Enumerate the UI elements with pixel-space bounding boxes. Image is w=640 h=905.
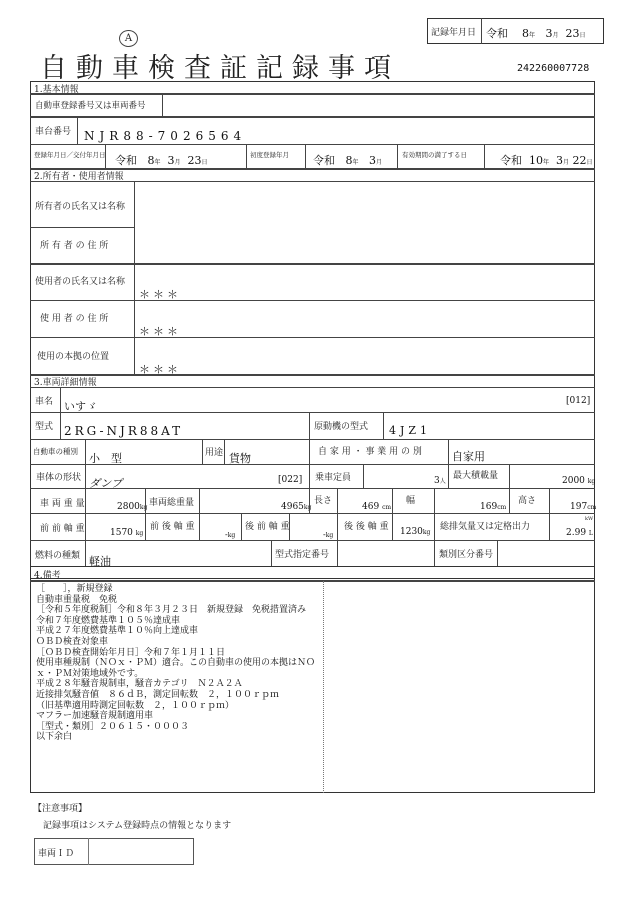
category-label: 類別区分番号 [439, 547, 493, 560]
reg-date-value: 令和 8年 3月 23日 [115, 152, 208, 168]
remarks-line: （旧基準適用時測定回転数 ２，１００ｒｐｍ） [36, 701, 315, 712]
remarks-line: 以下余白 [36, 732, 315, 743]
model-label: 型式 [35, 419, 53, 432]
fuel-label: 燃料の種類 [35, 548, 80, 561]
private-business-value: 自家用 [452, 448, 485, 464]
height-value: 197cm [570, 502, 596, 512]
weight-value: 2800kg [117, 502, 147, 512]
reg-date-label: 登録年月日／交付年月日 [34, 150, 106, 159]
max-load-label: 最大積載量 [453, 468, 498, 481]
max-load-value: 2000 kg [562, 476, 595, 486]
stamp-a: A [119, 30, 138, 47]
rr-axle-label: 後 後 軸 重 [344, 519, 389, 532]
record-date-value: 令和 8年 3月 23日 [486, 25, 586, 41]
gross-weight-label: 車両総重量 [149, 495, 194, 508]
notes-heading: 【注意事項】 [33, 801, 87, 814]
notes-text: 記録事項はシステム登録時点の情報となります [43, 818, 231, 831]
ff-axle-value: 1570 kg [110, 528, 143, 538]
displacement-label: 総排気量又は定格出力 [440, 519, 530, 532]
length-label: 長さ [314, 493, 332, 506]
private-business-label: 自 家 用 ・ 事 業 用 の 別 [318, 444, 422, 457]
fr-axle-label: 前 後 軸 重 [150, 519, 195, 532]
width-label: 幅 [406, 493, 415, 506]
car-name-label: 車名 [35, 394, 53, 407]
user-name-label: 使用者の氏名又は名称 [35, 274, 125, 287]
page-title: 自動車検査証記録事項 [40, 46, 400, 85]
vehicle-class-label: 自動車の種別 [33, 446, 78, 457]
base-location-label: 使用の本拠の位置 [37, 349, 109, 362]
owner-address-label: 所 有 者 の 住 所 [40, 238, 108, 251]
height-label: 高さ [518, 493, 536, 506]
engine-model-value: 4JZ1 [389, 424, 431, 437]
body-shape-label: 車体の形状 [36, 470, 81, 483]
fuel-value: 軽油 [89, 553, 111, 569]
weight-label: 車 両 重 量 [40, 496, 85, 509]
vehicle-id-label: 車両ＩＤ [38, 846, 74, 859]
ff-axle-label: 前 前 軸 重 [40, 521, 85, 534]
remarks-line: ［ ］，新規登録 [36, 584, 315, 595]
width-value: 169cm [480, 502, 506, 512]
first-reg-value: 令和 8年 3月 [313, 152, 382, 168]
gross-weight-value: 4965kg [281, 502, 311, 512]
remarks-line: ［型式・類別］２０６１５・０００３ [36, 722, 315, 733]
remarks-line: ［令和５年度税制］令和８年３月２３日 新規登録 免税措置済み [36, 605, 315, 616]
power-unit: kW [585, 516, 593, 522]
remarks-line: 平成２８年騒音規制車，騒音カテゴリ Ｎ２Ａ２Ａ [36, 679, 315, 690]
engine-model-label: 原動機の型式 [314, 419, 368, 432]
displacement-value: 2.99 L [566, 528, 593, 538]
user-address-label: 使 用 者 の 住 所 [40, 311, 108, 324]
remarks-line: マフラー加速騒音規制適用車 [36, 711, 315, 722]
fr-axle-value: -kg [225, 530, 235, 539]
remarks-line: 平成２７年度燃費基準１０％向上達成車 [36, 626, 315, 637]
remarks-line: ｘ・ＰＭ対策地域外です。 [36, 669, 315, 680]
remarks-line: 使用車種規制（ＮＯｘ・ＰＭ）適合。この自動車の使用の本拠はＮＯ [36, 658, 315, 669]
rr-axle-value: 1230kg [400, 527, 430, 537]
capacity-label: 乗車定員 [315, 470, 351, 483]
car-name-code: [012] [566, 396, 590, 406]
remarks-line: 自動車重量税 免税 [36, 595, 315, 606]
model-value: 2RG-NJR88AT [64, 424, 183, 438]
remarks-text: ［ ］，新規登録自動車重量税 免税［令和５年度税制］令和８年３月２３日 新規登録… [36, 584, 315, 743]
body-shape-code: [022] [278, 475, 302, 485]
chassis-value: NJR88-7026564 [84, 129, 246, 143]
capacity-value: 3人 [434, 476, 446, 486]
usage-label: 用途 [205, 445, 223, 458]
record-date-label: 記録年月日 [431, 25, 476, 38]
rf-axle-label: 後 前 軸 重 [245, 519, 290, 532]
first-reg-label: 初度登録年月 [250, 150, 289, 159]
remarks-line: ［ＯＢＤ検査開始年月日］令和７年１月１１日 [36, 648, 315, 659]
remarks-line: 令和７年度燃費基準１０５％達成車 [36, 616, 315, 627]
expiry-label: 有効期間の満了する日 [402, 150, 467, 159]
chassis-label: 車台番号 [35, 124, 71, 137]
type-designation-label: 型式指定番号 [275, 547, 329, 560]
expiry-value: 令和 10年 3月 22日 [500, 152, 593, 168]
rf-axle-value: -kg [323, 530, 333, 539]
owner-name-label: 所有者の氏名又は名称 [35, 199, 125, 212]
remarks-line: ＯＢＤ検査対象車 [36, 637, 315, 648]
length-value: 469 cm [362, 502, 391, 512]
document-number: 242260007728 [517, 63, 589, 74]
reg-number-label: 自動車登録番号又は車両番号 [35, 99, 146, 111]
remarks-line: 近接排気騒音値 ８６ｄＢ，測定回転数 ２，１００ｒｐｍ [36, 690, 315, 701]
